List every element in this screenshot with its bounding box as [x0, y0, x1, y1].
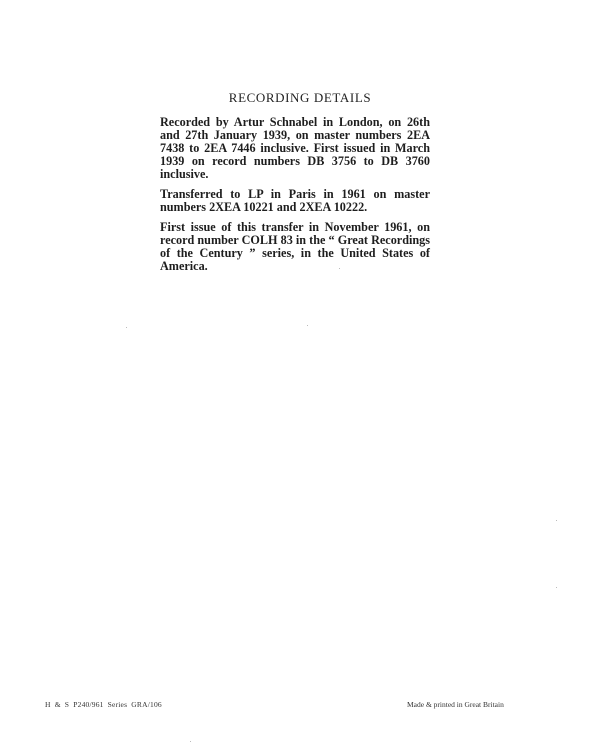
page-title: RECORDING DETAILS	[0, 90, 600, 106]
made-in-note: Made & printed in Great Britain	[407, 700, 504, 709]
paper-speck	[190, 741, 191, 742]
paper-speck	[126, 327, 127, 328]
paper-speck	[307, 325, 308, 326]
paper-speck	[339, 268, 340, 269]
paper-speck	[556, 520, 557, 521]
printer-code: H & S P240/961 Series GRA/106	[45, 700, 162, 709]
recording-details-body: Recorded by Artur Schnabel in London, on…	[160, 116, 430, 280]
paragraph-recording: Recorded by Artur Schnabel in London, on…	[160, 116, 430, 181]
paper-speck	[556, 587, 557, 588]
paragraph-first-issue: First issue of this transfer in November…	[160, 221, 430, 273]
paragraph-transfer: Transferred to LP in Paris in 1961 on ma…	[160, 188, 430, 214]
